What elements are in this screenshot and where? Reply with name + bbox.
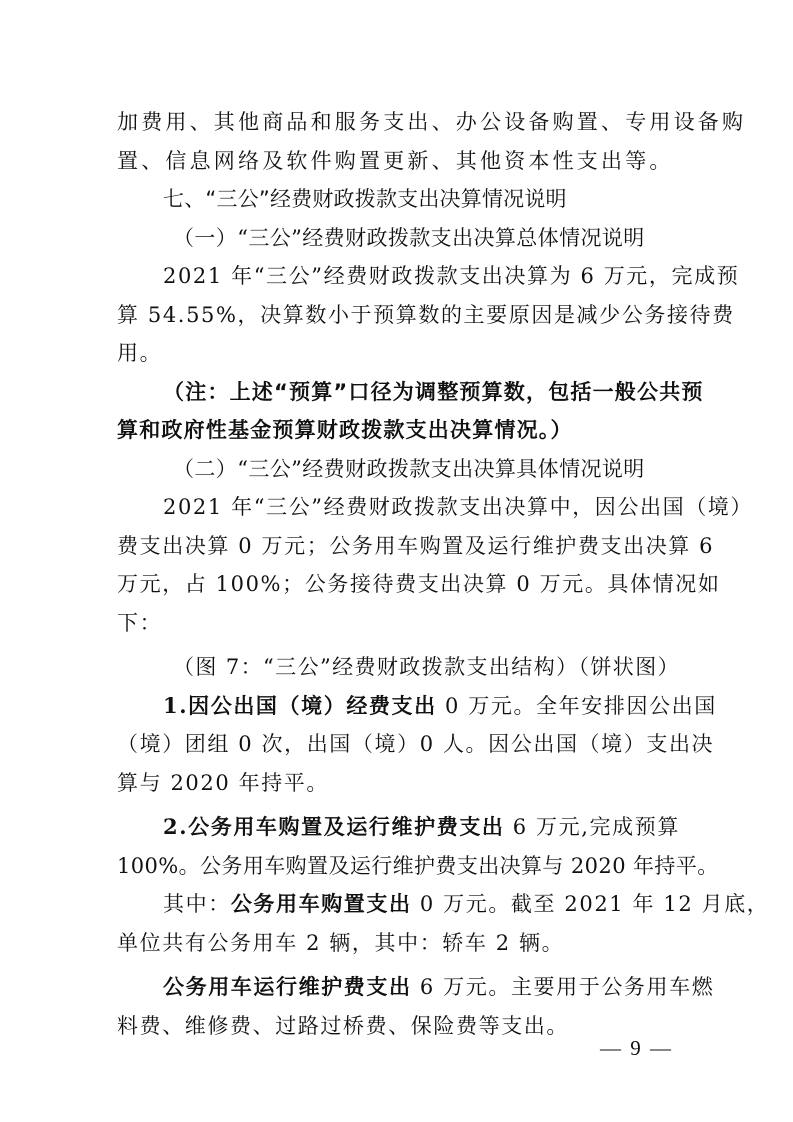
paragraph-line: 单位共有公务用车 2 辆，其中：轿车 2 辆。 [117, 924, 675, 963]
section-heading-seven: 七、“三公”经费财政拨款支出决算情况说明 [117, 180, 675, 219]
paragraph-line: 2021 年“三公”经费财政拨款支出决算为 6 万元，完成预 [117, 257, 675, 296]
paragraph-line: 100%。公务用车购置及运行维护费支出决算与 2020 年持平。 [117, 847, 675, 886]
paragraph-line: （境）团组 0 次，出国（境）0 人。因公出国（境）支出决 [117, 725, 675, 764]
paragraph-line: 料费、维修费、过路过桥费、保险费等支出。 [117, 1007, 675, 1046]
purchase-label: 公务用车购置支出 [231, 891, 412, 916]
operation-text: 6 万元。主要用于公务用车燃 [412, 975, 715, 999]
paragraph-line: 费支出决算 0 万元；公务用车购置及运行维护费支出决算 6 [117, 527, 675, 566]
purchase-line: 其中：公务用车购置支出 0 万元。截至 2021 年 12 月底， [117, 885, 675, 924]
paragraph-line: 2021 年“三公”经费财政拨款支出决算中，因公出国（境） [117, 488, 675, 527]
subsection-heading-one: （一）“三公”经费财政拨款支出决算总体情况说明 [117, 219, 675, 258]
paragraph-line: 用。 [117, 334, 675, 373]
purchase-text: 0 万元。截至 2021 年 12 月底， [412, 892, 770, 916]
purchase-prefix: 其中： [163, 892, 231, 916]
paragraph-line: 下： [117, 604, 675, 643]
note-line: 算和政府性基金预算财政拨款支出决算情况。） [117, 411, 675, 450]
paragraph-line: 万元，占 100%；公务接待费支出决算 0 万元。具体情况如 [117, 565, 675, 604]
document-page: 加费用、其他商品和服务支出、办公设备购置、专用设备购 置、信息网络及软件购置更新… [117, 103, 675, 1045]
item-two-line: 2.公务用车购置及运行维护费支出 6 万元,完成预算 [117, 808, 675, 847]
item-one-text: 0 万元。全年安排因公出国 [437, 694, 717, 718]
item-two-label: 2.公务用车购置及运行维护费支出 [163, 814, 505, 839]
item-one-line: 1.因公出国（境）经费支出 0 万元。全年安排因公出国 [117, 687, 675, 726]
item-one-label: 1.因公出国（境）经费支出 [163, 693, 437, 718]
figure-caption: （图 7：“三公”经费财政拨款支出结构）（饼状图） [117, 648, 675, 687]
paragraph-line: 算与 2020 年持平。 [117, 764, 675, 803]
item-two-text: 6 万元,完成预算 [505, 815, 680, 839]
note-line: （注：上述“预算”口径为调整预算数，包括一般公共预 [117, 373, 675, 412]
operation-label: 公务用车运行维护费支出 [163, 974, 412, 999]
paragraph-line: 算 54.55%，决算数小于预算数的主要原因是减少公务接待费 [117, 296, 675, 335]
subsection-heading-two: （二）“三公”经费财政拨款支出决算具体情况说明 [117, 450, 675, 489]
operation-line: 公务用车运行维护费支出 6 万元。主要用于公务用车燃 [117, 968, 675, 1007]
paragraph-line: 置、信息网络及软件购置更新、其他资本性支出等。 [117, 142, 675, 181]
page-number: — 9 — [600, 1036, 673, 1061]
paragraph-line: 加费用、其他商品和服务支出、办公设备购置、专用设备购 [117, 103, 675, 142]
